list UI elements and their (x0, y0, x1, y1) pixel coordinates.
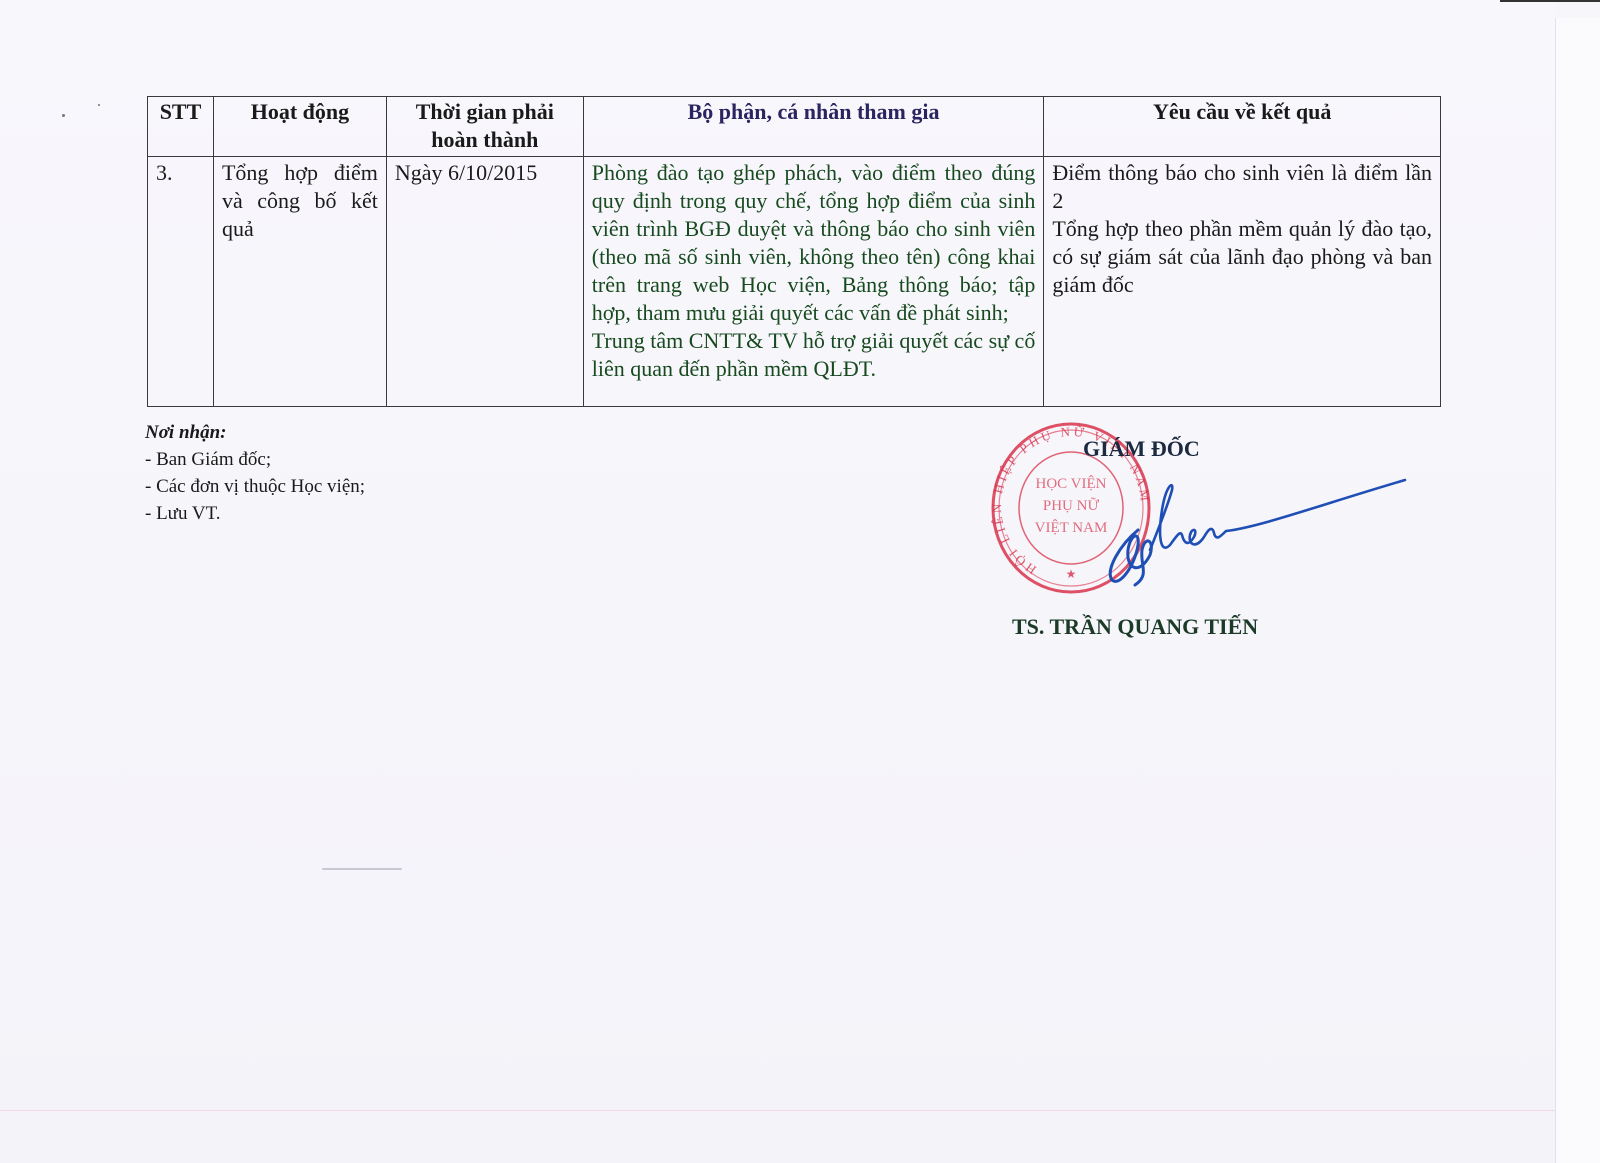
header-participants: Bộ phận, cá nhân tham gia (583, 97, 1044, 157)
participants-line: Phòng đào tạo ghép phách, vào điểm theo … (592, 159, 1036, 327)
recipient-item: - Các đơn vị thuộc Học viện; (145, 473, 365, 500)
signer-name: TS. TRẦN QUANG TIẾN (1012, 614, 1258, 640)
svg-text:PHỤ NỮ: PHỤ NỮ (1043, 497, 1100, 514)
svg-text:VIỆT NAM: VIỆT NAM (1035, 519, 1108, 536)
svg-text:★: ★ (1066, 567, 1077, 581)
cell-stt: 3. (148, 157, 214, 407)
header-deadline: Thời gian phải hoàn thành (386, 97, 583, 157)
scan-speck (98, 104, 100, 106)
requirement-line: Điểm thông báo cho sinh viên là điểm lần… (1052, 159, 1432, 215)
page-edge (1555, 18, 1600, 1163)
table-header-row: STT Hoạt động Thời gian phải hoàn thành … (148, 97, 1441, 157)
cell-activity: Tổng hợp điểm và công bố kết quả (213, 157, 386, 407)
header-activity: Hoạt động (213, 97, 386, 157)
cell-participants: Phòng đào tạo ghép phách, vào điểm theo … (583, 157, 1044, 407)
scan-smudge (322, 868, 402, 870)
activity-table: STT Hoạt động Thời gian phải hoàn thành … (147, 96, 1441, 407)
table-row: 3. Tổng hợp điểm và công bố kết quả Ngày… (148, 157, 1441, 407)
participants-line: Trung tâm CNTT& TV hỗ trợ giải quyết các… (592, 327, 1036, 383)
cell-deadline: Ngày 6/10/2015 (386, 157, 583, 407)
svg-text:HỌC VIỆN: HỌC VIỆN (1036, 475, 1107, 492)
recipients-block: Nơi nhận: - Ban Giám đốc; - Các đơn vị t… (145, 419, 365, 527)
cell-requirements: Điểm thông báo cho sinh viên là điểm lần… (1044, 157, 1441, 407)
scan-edge-mark (1500, 0, 1600, 2)
signer-position: GIÁM ĐỐC (1083, 436, 1200, 462)
scan-artifact-line (0, 1110, 1555, 1111)
header-stt: STT (148, 97, 214, 157)
requirement-line: Tổng hợp theo phần mềm quản lý đào tạo, … (1052, 215, 1432, 299)
scan-speck (62, 114, 65, 117)
recipient-item: - Ban Giám đốc; (145, 446, 365, 473)
header-requirements: Yêu cầu về kết quả (1044, 97, 1441, 157)
handwritten-signature-icon (1100, 475, 1410, 590)
recipients-title: Nơi nhận: (145, 419, 365, 446)
recipient-item: - Lưu VT. (145, 500, 365, 527)
